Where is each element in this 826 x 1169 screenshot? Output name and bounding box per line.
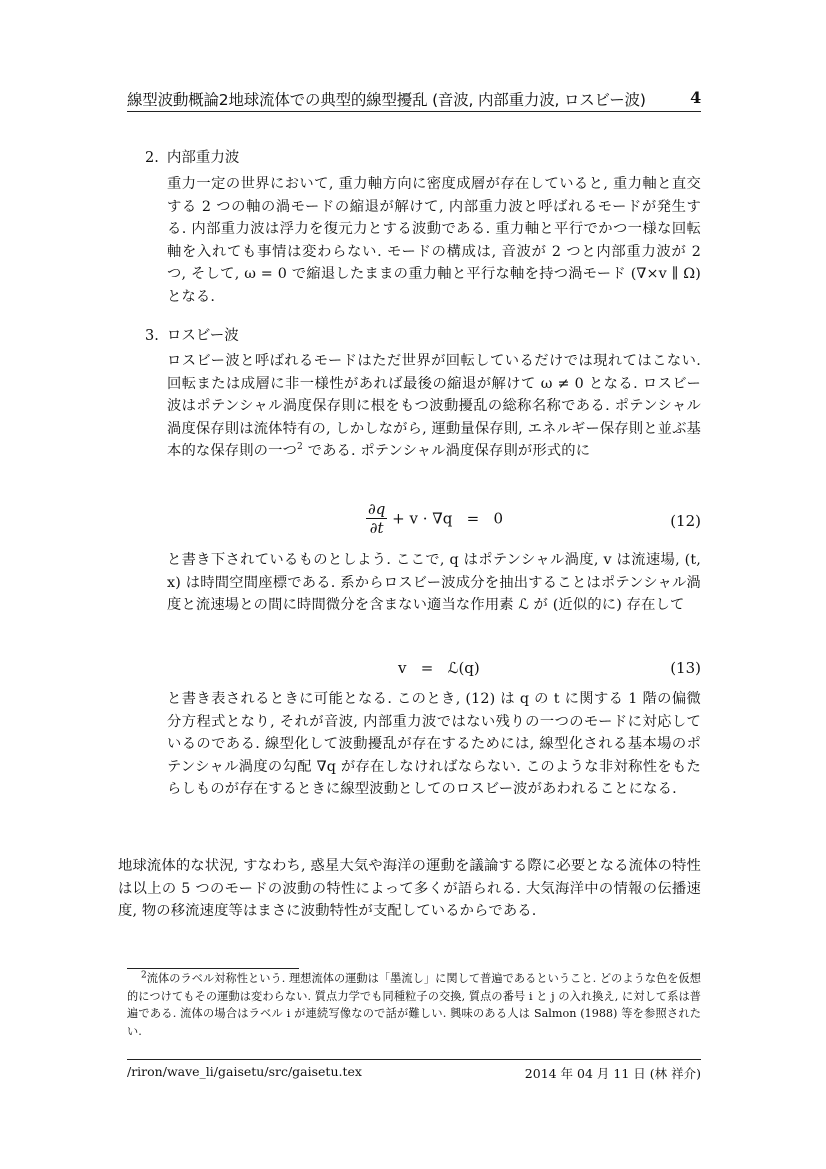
equation-13: v = ℒ(q) — [398, 659, 480, 677]
page-number: 4 — [690, 88, 701, 107]
fraction-denominator: ∂t — [366, 519, 387, 537]
running-header: 線型波動概論2地球流体での典型的線型擾乱 (音波, 内部重力波, ロスビー波) … — [127, 88, 701, 110]
partial-derivative-fraction: ∂q ∂t — [366, 500, 387, 537]
section-number: 3. — [145, 328, 159, 344]
equation-label-13: (13) — [670, 659, 701, 677]
header-rule — [127, 111, 701, 112]
equation-12: ∂q ∂t + v · ∇q = 0 — [366, 500, 503, 537]
footnote: 2流体のラベル対称性という. 理想流体の運動は「墨流し」に関して普遍であるという… — [127, 970, 701, 1040]
section-number: 2. — [145, 150, 159, 166]
equation-label-12: (12) — [670, 512, 701, 530]
footer-rule — [127, 1059, 701, 1060]
paragraph-text-tail: である. ポテンシャル渦度保存則が形式的に — [303, 443, 590, 459]
footnote-text: 流体のラベル対称性という. 理想流体の運動は「墨流し」に関して普遍であるというこ… — [127, 972, 701, 1038]
paragraph-rossby-definition: と書き下されているものとしよう. ここで, q はポテンシャル渦度, v は流速… — [167, 549, 701, 617]
footer-file-path: /riron/wave_li/gaisetu/src/gaisetu.tex — [127, 1064, 362, 1079]
section-heading-rossby-wave: 3.ロスビー波 — [145, 324, 239, 345]
section-title: ロスビー波 — [167, 328, 239, 344]
section-title: 内部重力波 — [167, 150, 240, 166]
footnote-rule — [127, 968, 299, 969]
paragraph-closing: 地球流体的な状況, すなわち, 惑星大気や海洋の運動を議論する際に必要となる流体… — [118, 855, 701, 923]
footer-date-author: 2014 年 04 月 11 日 (林 祥介) — [525, 1064, 701, 1082]
paragraph-internal-gravity-wave: 重力一定の世界において, 重力軸方向に密度成層が存在していると, 重力軸と直交す… — [167, 173, 701, 308]
section-heading-internal-gravity-wave: 2.内部重力波 — [145, 146, 239, 167]
equation-rhs: + v · ∇q = 0 — [392, 510, 503, 528]
document-page: 線型波動概論2地球流体での典型的線型擾乱 (音波, 内部重力波, ロスビー波) … — [0, 0, 826, 1169]
paragraph-rossby-conclusion: と書き表されるときに可能となる. このとき, (12) は q の t に関する… — [167, 688, 701, 801]
header-title: 線型波動概論2地球流体での典型的線型擾乱 (音波, 内部重力波, ロスビー波) — [127, 88, 646, 110]
paragraph-rossby-intro: ロスビー波と呼ばれるモードはただ世界が回転しているだけでは現れてはこない. 回転… — [167, 350, 701, 463]
fraction-numerator: ∂q — [366, 500, 387, 519]
